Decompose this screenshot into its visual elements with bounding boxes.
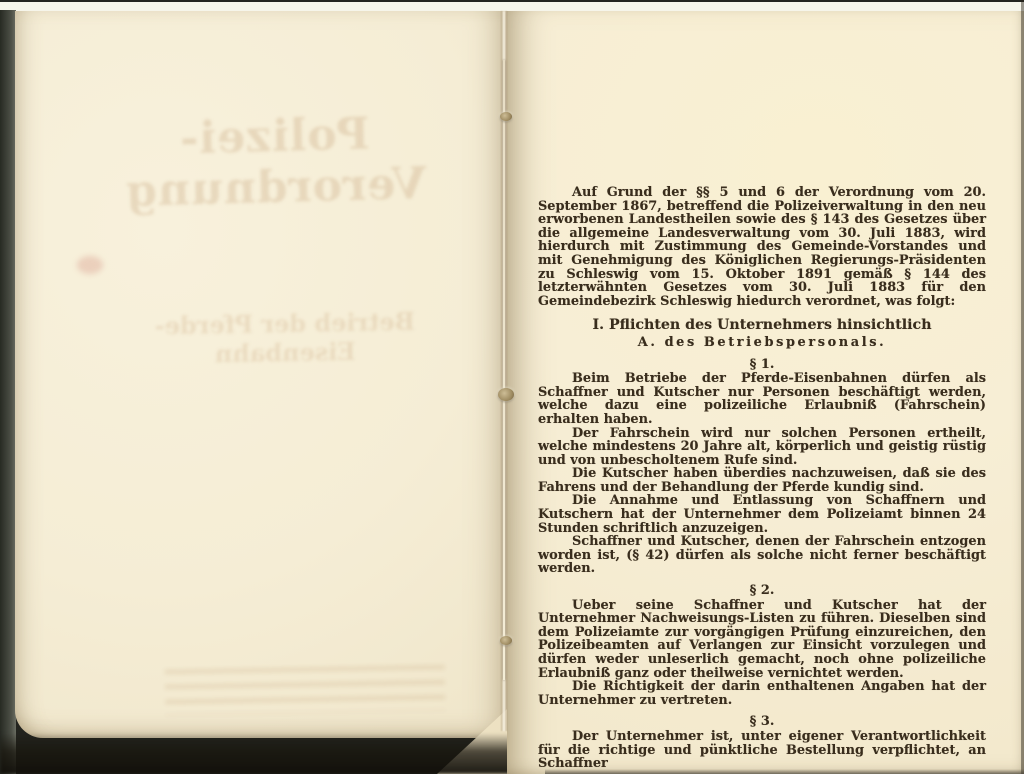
paragraph: Ueber seine Schaffner und Kutscher hat d…: [538, 599, 986, 681]
show-through-subtitle: Betrieb der Pferde-Eisenbahn: [85, 306, 486, 371]
intro-paragraph: Auf Grund der §§ 5 und 6 der Verordnung …: [538, 186, 986, 308]
paragraph: Die Annahme und Entlassung von Schaffner…: [538, 494, 986, 535]
show-through-title: Polizei-Verordnung: [54, 105, 497, 218]
scan-bottom-edge: [545, 769, 1024, 774]
binding-thread-knot: [500, 636, 512, 645]
binding-thread-knot: [498, 388, 514, 401]
show-through-imprint: [165, 665, 446, 716]
paragraph: Die Kutscher haben überdies nachzuweisen…: [538, 467, 986, 494]
subsection-heading: A. des Betriebspersonals.: [538, 336, 986, 350]
paragraph-number: § 3.: [538, 715, 986, 729]
paragraph: Der Fahrschein wird nur solchen Personen…: [538, 427, 986, 468]
binding-thread: [503, 60, 505, 680]
paragraph: Schaffner und Kutscher, denen der Fahrsc…: [538, 535, 986, 576]
paper-stain: [77, 256, 103, 274]
scanned-book-spread: Polizei-Verordnung Betrieb der Pferde-Ei…: [0, 0, 1024, 774]
paragraph: Die Richtigkeit der darin enthaltenen An…: [538, 680, 986, 707]
page-bottom-shadow: [0, 733, 545, 774]
ordinance-text-column: Auf Grund der §§ 5 und 6 der Verordnung …: [538, 186, 986, 771]
binding-thread-knot: [500, 112, 512, 121]
scan-left-edge: [0, 10, 16, 774]
paragraph-number: § 1.: [538, 358, 986, 372]
left-page: Polizei-Verordnung Betrieb der Pferde-Ei…: [15, 11, 507, 738]
paragraph: Der Unternehmer ist, unter eigener Veran…: [538, 730, 986, 771]
paragraph: Beim Betriebe der Pferde-Eisenbahnen dür…: [538, 372, 986, 426]
paragraph-number: § 2.: [538, 584, 986, 598]
section-heading: I. Pflichten des Unternehmers hinsichtli…: [538, 319, 986, 333]
